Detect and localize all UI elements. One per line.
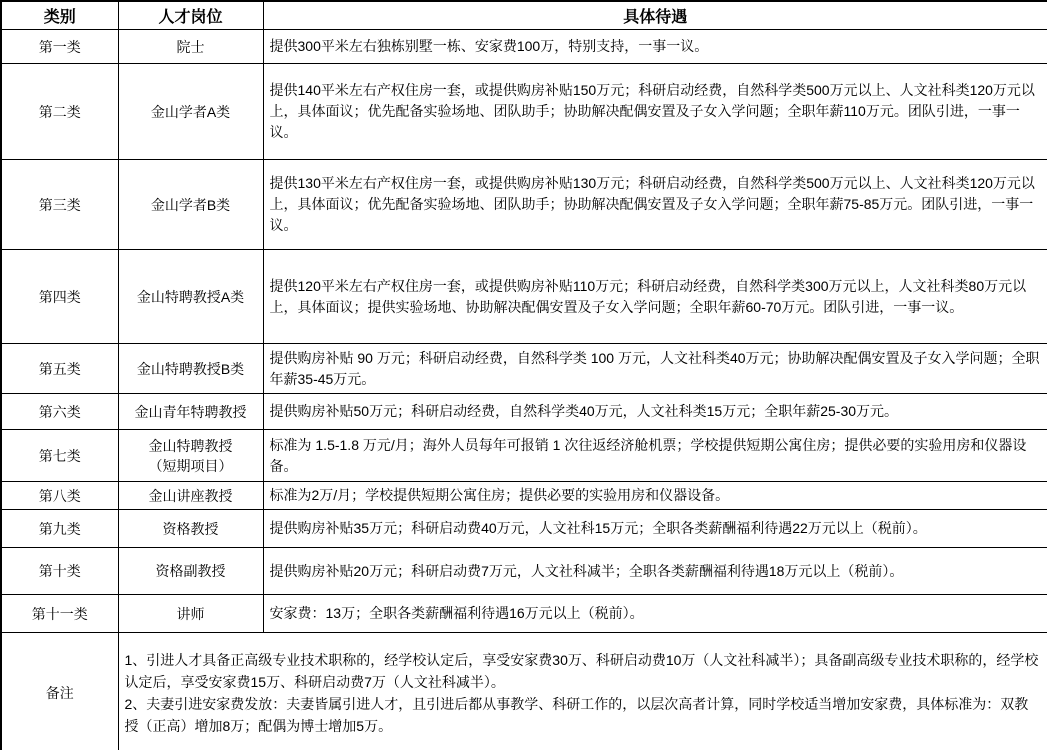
position-cell: 金山讲座教授 — [118, 482, 263, 510]
table-row: 第四类 金山特聘教授A类 提供120平米左右产权住房一套，或提供购房补贴110万… — [1, 250, 1047, 344]
benefits-cell: 提供140平米左右产权住房一套，或提供购房补贴150万元；科研启动经费，自然科学… — [263, 64, 1047, 160]
category-cell: 第十类 — [1, 548, 118, 595]
position-cell: 资格教授 — [118, 510, 263, 548]
benefits-cell: 提供130平米左右产权住房一套，或提供购房补贴130万元；科研启动经费，自然科学… — [263, 160, 1047, 250]
table-row: 第七类 金山特聘教授 （短期项目） 标准为 1.5-1.8 万元/月；海外人员每… — [1, 430, 1047, 482]
category-cell: 第十一类 — [1, 595, 118, 633]
column-header-category: 类别 — [1, 1, 118, 30]
category-cell: 第九类 — [1, 510, 118, 548]
table-row: 第三类 金山学者B类 提供130平米左右产权住房一套，或提供购房补贴130万元；… — [1, 160, 1047, 250]
category-cell: 第三类 — [1, 160, 118, 250]
benefits-cell: 安家费：13万；全职各类薪酬福利待遇16万元以上（税前）。 — [263, 595, 1047, 633]
table-row: 第六类 金山青年特聘教授 提供购房补贴50万元；科研启动经费，自然科学类40万元… — [1, 394, 1047, 430]
category-cell: 第二类 — [1, 64, 118, 160]
position-cell: 资格副教授 — [118, 548, 263, 595]
position-cell: 金山学者B类 — [118, 160, 263, 250]
note-line-2: 2、夫妻引进安家费发放：夫妻皆属引进人才，且引进后都从事教学、科研工作的，以层次… — [125, 693, 1042, 737]
note-row: 备注 1、引进人才具备正高级专业技术职称的，经学校认定后，享受安家费30万、科研… — [1, 633, 1047, 750]
column-header-benefits: 具体待遇 — [263, 1, 1047, 30]
benefits-cell: 标准为 1.5-1.8 万元/月；海外人员每年可报销 1 次往返经济舱机票；学校… — [263, 430, 1047, 482]
benefits-cell: 提供购房补贴35万元；科研启动费40万元，人文社科15万元；全职各类薪酬福利待遇… — [263, 510, 1047, 548]
table-row: 第一类 院士 提供300平米左右独栋别墅一栋、安家费100万，特别支持，一事一议… — [1, 30, 1047, 64]
benefits-cell: 标准为2万/月；学校提供短期公寓住房；提供必要的实验用房和仪器设备。 — [263, 482, 1047, 510]
benefits-cell: 提供购房补贴50万元；科研启动经费，自然科学类40万元，人文社科类15万元；全职… — [263, 394, 1047, 430]
table-row: 第十类 资格副教授 提供购房补贴20万元；科研启动费7万元，人文社科减半；全职各… — [1, 548, 1047, 595]
category-cell: 第一类 — [1, 30, 118, 64]
position-cell: 院士 — [118, 30, 263, 64]
table-header-row: 类别 人才岗位 具体待遇 — [1, 1, 1047, 30]
benefits-cell: 提供300平米左右独栋别墅一栋、安家费100万，特别支持，一事一议。 — [263, 30, 1047, 64]
note-label-cell: 备注 — [1, 633, 118, 750]
category-cell: 第七类 — [1, 430, 118, 482]
position-cell: 金山特聘教授B类 — [118, 344, 263, 394]
position-cell: 金山特聘教授 （短期项目） — [118, 430, 263, 482]
position-cell: 讲师 — [118, 595, 263, 633]
note-line-1: 1、引进人才具备正高级专业技术职称的，经学校认定后，享受安家费30万、科研启动费… — [125, 649, 1042, 693]
table-row: 第五类 金山特聘教授B类 提供购房补贴 90 万元；科研启动经费，自然科学类 1… — [1, 344, 1047, 394]
table-row: 第九类 资格教授 提供购房补贴35万元；科研启动费40万元，人文社科15万元；全… — [1, 510, 1047, 548]
table-row: 第十一类 讲师 安家费：13万；全职各类薪酬福利待遇16万元以上（税前）。 — [1, 595, 1047, 633]
table-row: 第八类 金山讲座教授 标准为2万/月；学校提供短期公寓住房；提供必要的实验用房和… — [1, 482, 1047, 510]
talent-benefits-table: 类别 人才岗位 具体待遇 第一类 院士 提供300平米左右独栋别墅一栋、安家费1… — [0, 0, 1047, 750]
column-header-position: 人才岗位 — [118, 1, 263, 30]
benefits-cell: 提供120平米左右产权住房一套，或提供购房补贴110万元；科研启动经费，自然科学… — [263, 250, 1047, 344]
category-cell: 第五类 — [1, 344, 118, 394]
category-cell: 第四类 — [1, 250, 118, 344]
benefits-cell: 提供购房补贴20万元；科研启动费7万元，人文社科减半；全职各类薪酬福利待遇18万… — [263, 548, 1047, 595]
benefits-cell: 提供购房补贴 90 万元；科研启动经费，自然科学类 100 万元，人文社科类40… — [263, 344, 1047, 394]
table-row: 第二类 金山学者A类 提供140平米左右产权住房一套，或提供购房补贴150万元；… — [1, 64, 1047, 160]
position-cell: 金山青年特聘教授 — [118, 394, 263, 430]
category-cell: 第八类 — [1, 482, 118, 510]
position-cell: 金山特聘教授A类 — [118, 250, 263, 344]
note-text-cell: 1、引进人才具备正高级专业技术职称的，经学校认定后，享受安家费30万、科研启动费… — [118, 633, 1047, 750]
category-cell: 第六类 — [1, 394, 118, 430]
position-cell: 金山学者A类 — [118, 64, 263, 160]
